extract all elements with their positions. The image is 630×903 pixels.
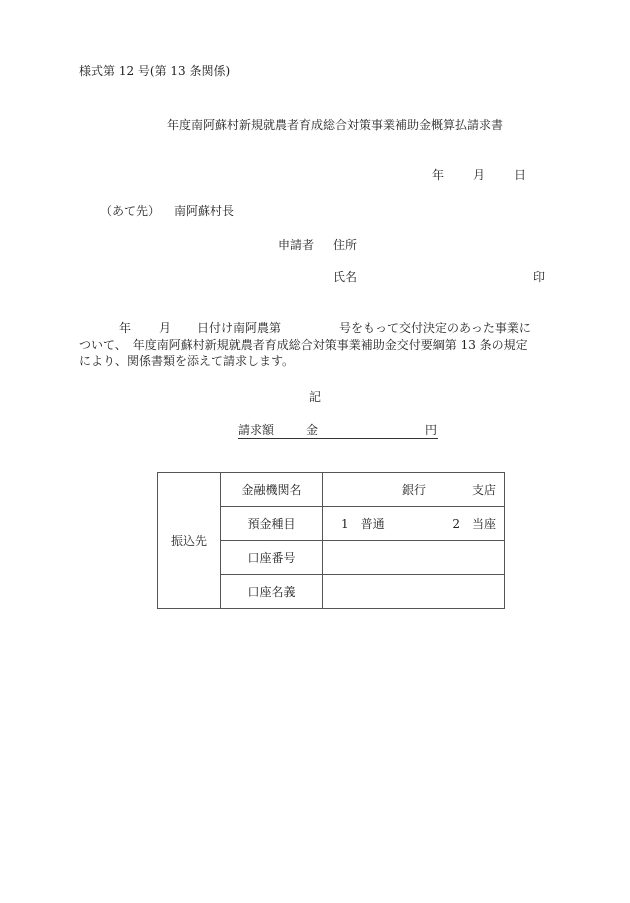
amount-kin: 金 <box>306 423 318 437</box>
body-line-2: ついて、 年度南阿蘇村新規就農者育成総合対策事業補助金交付要綱第 13 条の規定 <box>79 337 584 354</box>
address-label: 住所 <box>333 238 357 252</box>
body-line-1-rest: 号をもって交付決定のあった事業に <box>339 321 531 335</box>
date-day-label: 日 <box>514 168 526 182</box>
date-month-label: 月 <box>473 168 485 182</box>
name-label: 氏名 <box>333 270 357 284</box>
row-label: 預金種目 <box>221 507 323 541</box>
amount-label: 請求額 <box>238 423 274 437</box>
addressee-name: 南阿蘇村長 <box>174 204 234 218</box>
applicant-label: 申請者 <box>278 238 314 252</box>
deposit-type-ordinary[interactable]: 1 普通 <box>331 515 426 532</box>
account-holder-cell[interactable] <box>323 575 505 609</box>
account-number-cell[interactable] <box>323 541 505 575</box>
bank-transfer-table: 振込先 金融機関名 銀行支店 預金種目 1 普通2 当座 口座番号 口座名義 <box>157 472 505 609</box>
table-row: 振込先 金融機関名 銀行支店 <box>158 473 505 507</box>
row-label: 金融機関名 <box>221 473 323 507</box>
deposit-type-cell[interactable]: 1 普通2 当座 <box>323 507 505 541</box>
form-number: 様式第 12 号(第 13 条関係) <box>79 64 230 78</box>
deposit-type-current[interactable]: 2 当座 <box>426 515 496 532</box>
addressee: （あて先）南阿蘇村長 <box>100 204 234 218</box>
seal-mark: 印 <box>533 270 545 284</box>
body-decision-ref: 日付け南阿農第 <box>197 321 281 335</box>
ki-heading: 記 <box>0 390 630 404</box>
bank-suffix: 銀行 <box>331 481 426 498</box>
transfer-destination-label: 振込先 <box>158 473 221 609</box>
document-title: 年度南阿蘇村新規就農者育成総合対策事業補助金概算払請求書 <box>0 118 630 132</box>
bank-name-cell[interactable]: 銀行支店 <box>323 473 505 507</box>
request-body: 年月日付け南阿農第号をもって交付決定のあった事業に ついて、 年度南阿蘇村新規就… <box>79 320 584 370</box>
body-line-3: により、関係書類を添えて請求します。 <box>79 353 584 370</box>
request-amount-line: 請求額 金 円 <box>238 423 438 439</box>
row-label: 口座番号 <box>221 541 323 575</box>
branch-suffix: 支店 <box>426 481 496 498</box>
body-month: 月 <box>159 321 171 335</box>
row-label: 口座名義 <box>221 575 323 609</box>
date-year-label: 年 <box>432 168 444 182</box>
amount-yen: 円 <box>425 423 437 437</box>
body-line-1: 年月日付け南阿農第号をもって交付決定のあった事業に <box>79 320 584 337</box>
addressee-label: （あて先） <box>100 204 160 218</box>
body-year: 年 <box>119 321 131 335</box>
